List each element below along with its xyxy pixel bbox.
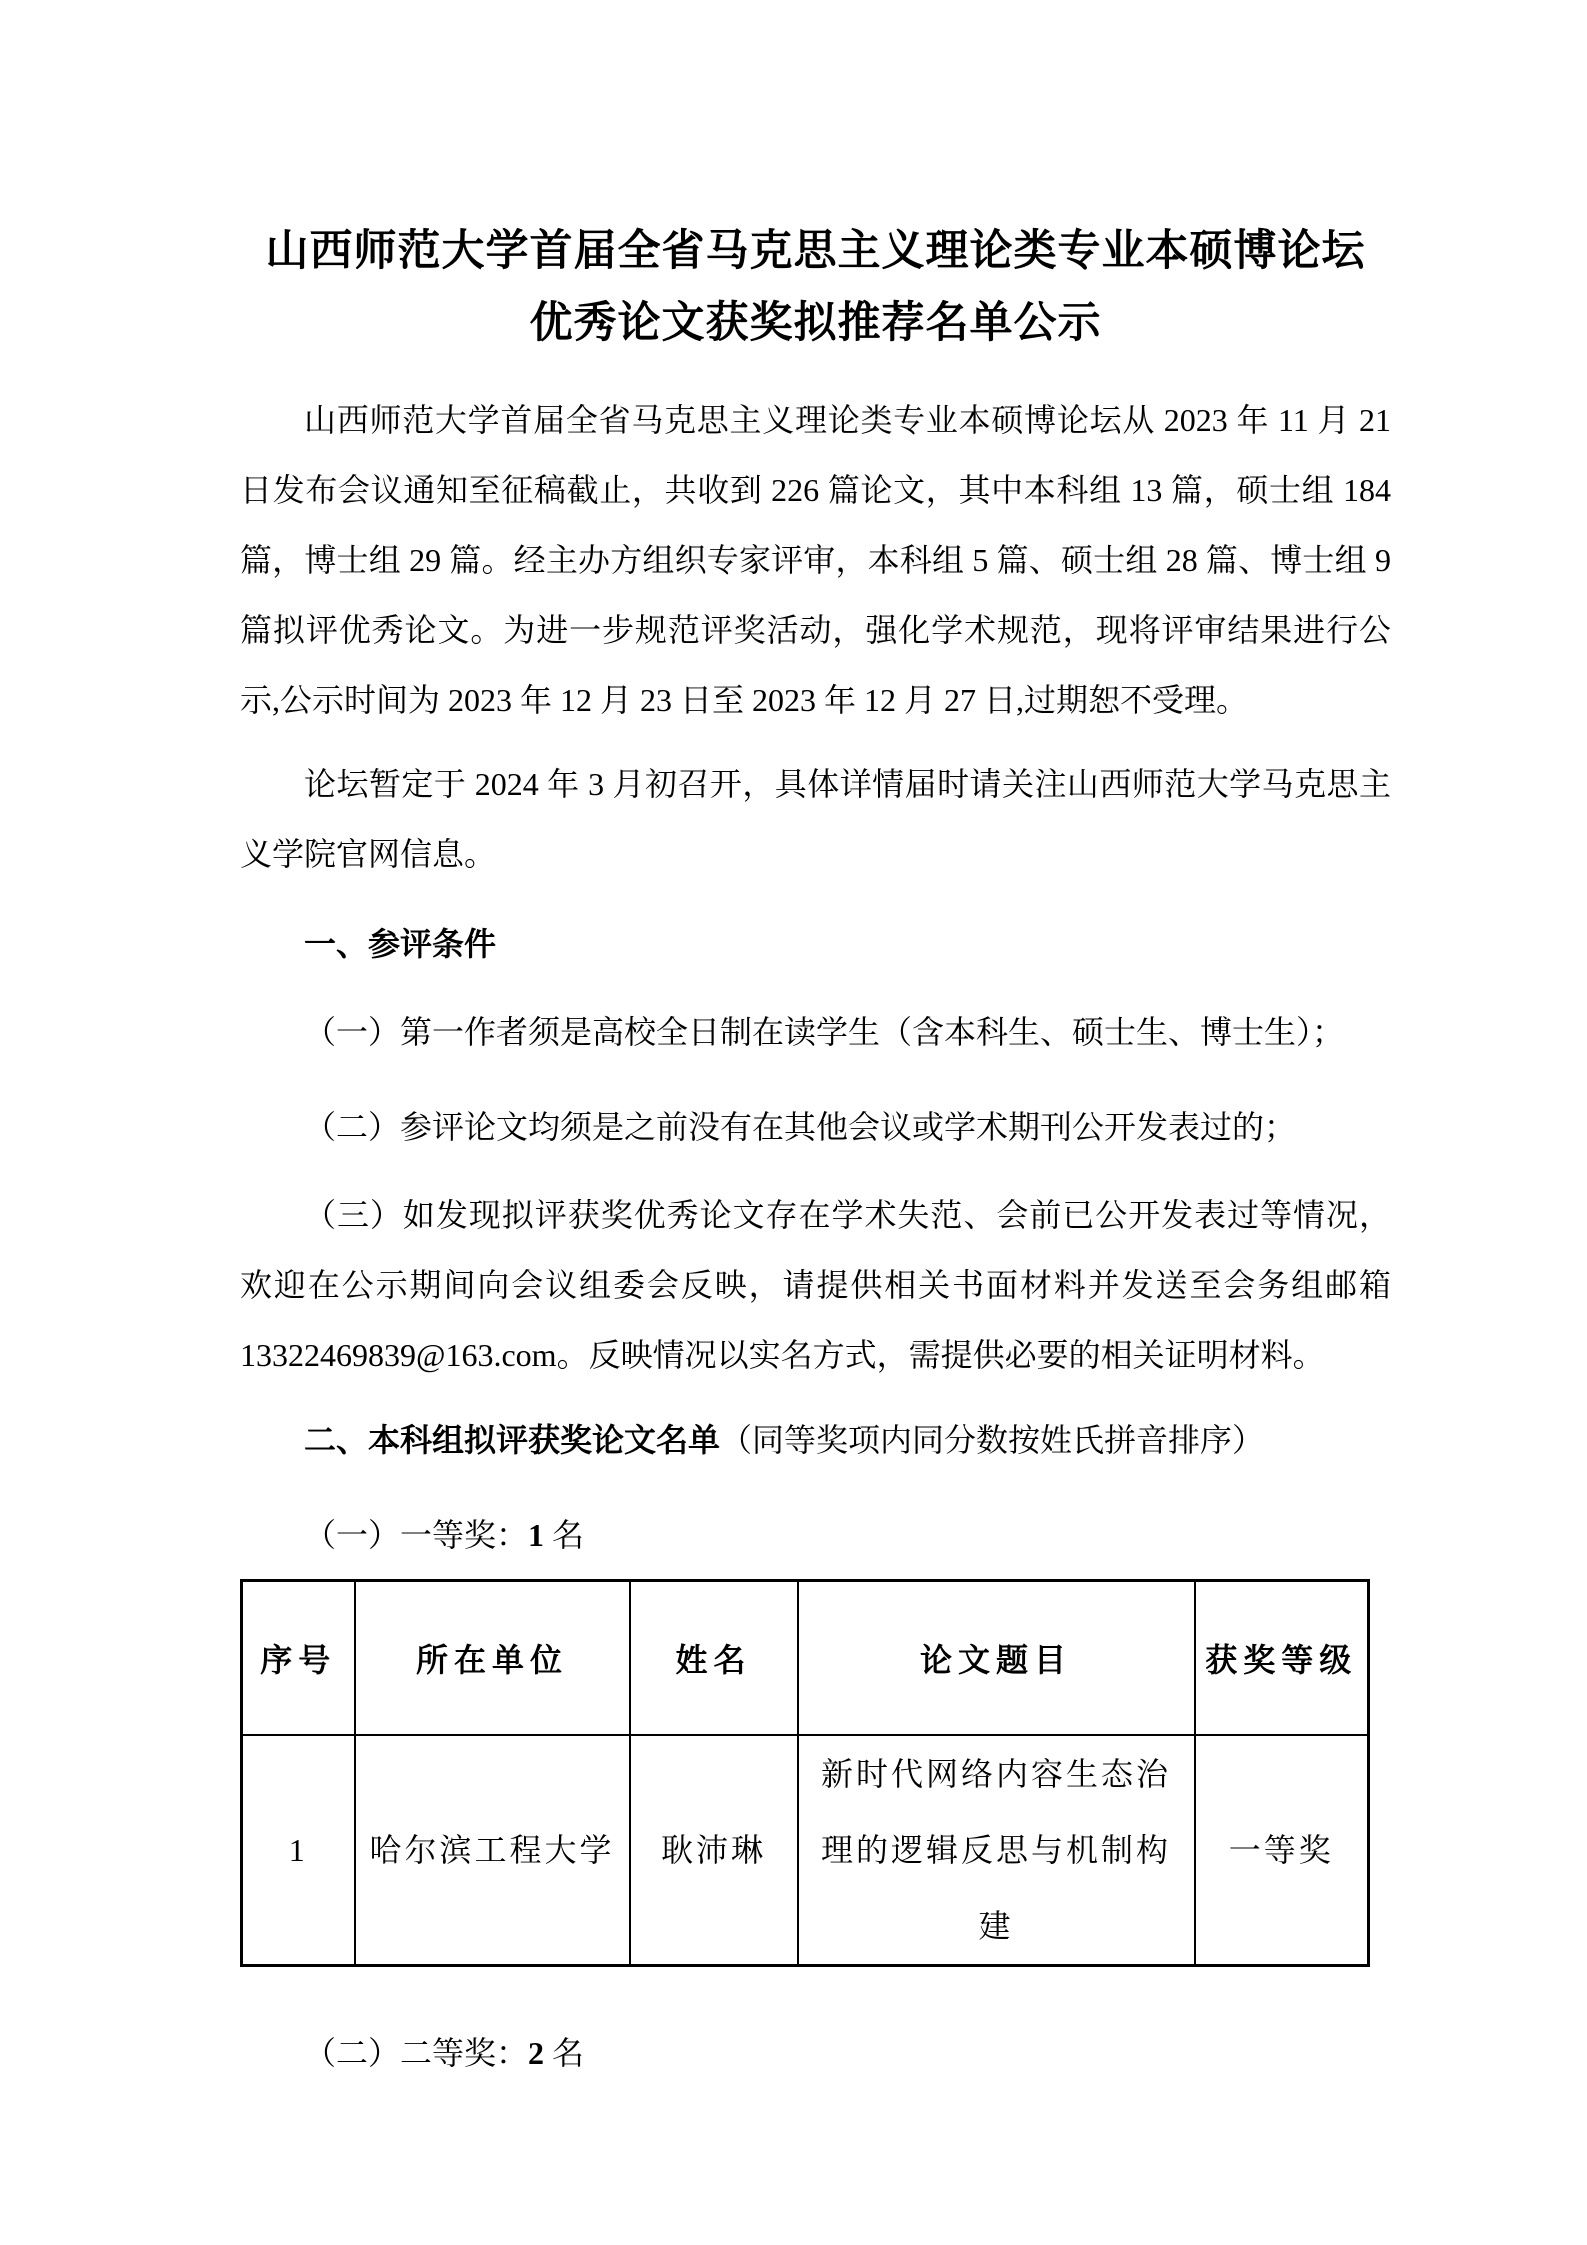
second-prize-count: 2 bbox=[528, 2035, 544, 2071]
section-2-heading: 二、本科组拟评获奖论文名单（同等奖项内同分数按姓氏拼音排序） bbox=[240, 1405, 1391, 1475]
section-2-heading-note: （同等奖项内同分数按姓氏拼音排序） bbox=[720, 1422, 1264, 1458]
cell-affiliation: 哈尔滨工程大学 bbox=[355, 1735, 630, 1966]
first-prize-count: 1 bbox=[528, 1517, 544, 1553]
header-cell-name: 姓名 bbox=[630, 1581, 798, 1735]
cell-name: 耿沛琳 bbox=[630, 1735, 798, 1966]
header-cell-affiliation: 所在单位 bbox=[355, 1581, 630, 1735]
cell-index: 1 bbox=[242, 1735, 355, 1966]
document-title-line2: 优秀论文获奖拟推荐名单公示 bbox=[240, 287, 1391, 359]
header-cell-award: 获奖等级 bbox=[1195, 1581, 1369, 1735]
document-title-line1: 山西师范大学首届全省马克思主义理论类专业本硕博论坛 bbox=[240, 215, 1391, 287]
awards-table-row: 1 哈尔滨工程大学 耿沛琳 新时代网络内容生态治理的逻辑反思与机制构建 一等奖 bbox=[242, 1735, 1369, 1966]
section-1-heading: 一、参评条件 bbox=[240, 909, 1391, 979]
cell-award: 一等奖 bbox=[1195, 1735, 1369, 1966]
first-prize-suffix: 名 bbox=[552, 1517, 584, 1553]
header-cell-index: 序号 bbox=[242, 1581, 355, 1735]
document-title: 山西师范大学首届全省马克思主义理论类专业本硕博论坛 优秀论文获奖拟推荐名单公示 bbox=[240, 215, 1391, 359]
awards-table: 序号 所在单位 姓名 论文题目 获奖等级 1 哈尔滨工程大学 耿沛琳 新时代网络… bbox=[240, 1579, 1370, 1967]
condition-item-2: （二）参评论文均须是之前没有在其他会议或学术期刊公开发表过的； bbox=[240, 1092, 1391, 1162]
awards-table-header-row: 序号 所在单位 姓名 论文题目 获奖等级 bbox=[242, 1581, 1369, 1735]
forum-schedule-paragraph: 论坛暂定于 2024 年 3 月初召开，具体详情届时请关注山西师范大学马克思主义… bbox=[240, 749, 1391, 889]
section-2-heading-main: 二、本科组拟评获奖论文名单 bbox=[304, 1422, 720, 1458]
document-page: 山西师范大学首届全省马克思主义理论类专业本硕博论坛 优秀论文获奖拟推荐名单公示 … bbox=[0, 0, 1587, 2245]
first-prize-label: （一）一等奖： bbox=[304, 1517, 528, 1553]
second-prize-suffix: 名 bbox=[552, 2035, 584, 2071]
cell-paper-title: 新时代网络内容生态治理的逻辑反思与机制构建 bbox=[798, 1735, 1195, 1966]
first-prize-heading: （一）一等奖：1 名 bbox=[240, 1500, 1391, 1570]
intro-paragraph: 山西师范大学首届全省马克思主义理论类专业本硕博论坛从 2023 年 11 月 2… bbox=[240, 385, 1391, 735]
condition-item-3: （三）如发现拟评获奖优秀论文存在学术失范、会前已公开发表过等情况，欢迎在公示期间… bbox=[240, 1180, 1391, 1390]
header-cell-paper-title: 论文题目 bbox=[798, 1581, 1195, 1735]
second-prize-label: （二）二等奖： bbox=[304, 2035, 528, 2071]
condition-item-1: （一）第一作者须是高校全日制在读学生（含本科生、硕士生、博士生）； bbox=[240, 997, 1391, 1067]
second-prize-heading: （二）二等奖：2 名 bbox=[240, 2018, 1391, 2088]
